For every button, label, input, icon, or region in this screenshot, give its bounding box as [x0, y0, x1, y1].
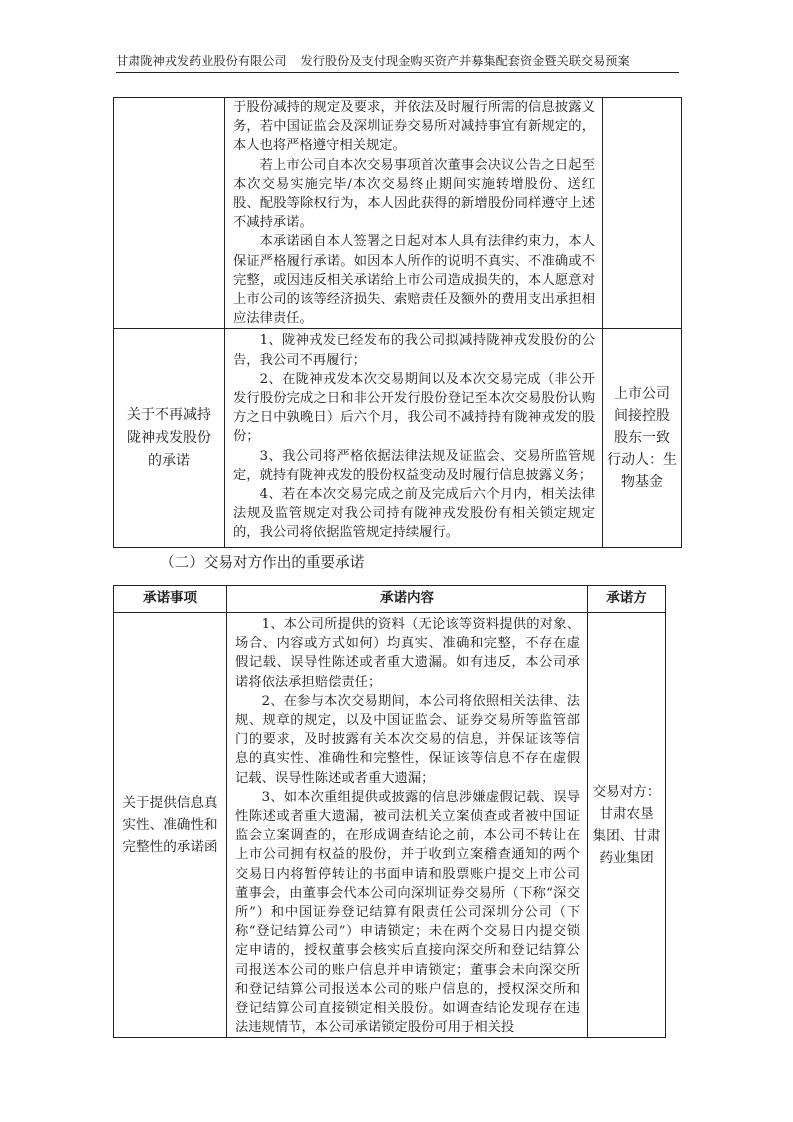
commitment-party-cell: 交易对方： 甘肃农垦 集团、甘肃 药业集团	[588, 613, 666, 1038]
commitment-party-line: 甘肃农垦	[592, 803, 661, 825]
commitment-party-line: 间接控股	[607, 405, 677, 427]
commitment-party-line: 药业集团	[592, 847, 661, 869]
running-header: 甘肃陇神戎发药业股份有限公司发行股份及支付现金购买资产并募集配套资金暨关联交易预…	[116, 52, 679, 73]
commitment-item-line: 完整性的承诺函	[116, 836, 224, 858]
header-document-title: 发行股份及支付现金购买资产并募集配套资金暨关联交易预案	[301, 54, 630, 68]
commitment-item-line: 关于不再减持	[120, 404, 218, 427]
commitment-item-cell	[114, 98, 225, 329]
counterparty-commitments-table: 承诺事项 承诺内容 承诺方 关于提供信息真 实性、准确性和 完整性的承诺函 1、…	[113, 585, 666, 1038]
commitment-paragraph: 2、在陇神戎发本次交易期间以及本次交易完成（非公开发行股份完成之日和非公开发行股…	[233, 370, 595, 447]
commitment-party-line: 股东一致	[607, 427, 677, 449]
commitment-paragraph: 2、在参与本次交易期间，本公司将依照相关法律、法规、规章的规定，以及中国证监会、…	[235, 692, 580, 788]
commitment-paragraph: 本承诺函自本人签署之日起对本人具有法律约束力，本人保证严格履行承诺。如因本人所作…	[233, 232, 595, 328]
commitment-party-line: 物基金	[607, 471, 677, 493]
table-row: 于股份减持的规定及要求，并依法及时履行所需的信息披露义务，若中国证监会及深圳证券…	[114, 98, 682, 329]
commitment-paragraph: 1、本公司所提供的资料（无论该等资料提供的对象、场合、内容或方式如何）均真实、准…	[235, 615, 580, 692]
column-header-party: 承诺方	[588, 586, 666, 613]
commitment-content-cell: 1、本公司所提供的资料（无论该等资料提供的对象、场合、内容或方式如何）均真实、准…	[227, 613, 588, 1038]
header-company: 甘肃陇神戎发药业股份有限公司	[116, 54, 287, 68]
commitment-paragraph: 若上市公司自本次交易事项首次董事会决议公告之日起至本次交易实施完毕/本次交易终止…	[233, 156, 595, 233]
commitment-paragraph: 于股份减持的规定及要求，并依法及时履行所需的信息披露义务，若中国证监会及深圳证券…	[233, 98, 595, 156]
commitment-paragraph: 3、如本次重组提供或披露的信息涉嫌虚假记载、误导性陈述或者重大遗漏，被司法机关立…	[235, 788, 580, 1038]
table-row: 关于不再减持 陇神戎发股份 的承诺 1、陇神戎发已经发布的我公司拟减持陇神戎发股…	[114, 329, 682, 548]
commitment-item-line: 陇神戎发股份	[120, 427, 218, 450]
commitment-content-cell: 于股份减持的规定及要求，并依法及时履行所需的信息披露义务，若中国证监会及深圳证券…	[225, 98, 603, 329]
commitment-party-line: 行动人：生	[607, 449, 677, 471]
column-header-item: 承诺事项	[114, 586, 227, 613]
commitment-party-line: 集团、甘肃	[592, 825, 661, 847]
commitment-party-line: 上市公司	[607, 383, 677, 405]
commitments-table-continued: 于股份减持的规定及要求，并依法及时履行所需的信息披露义务，若中国证监会及深圳证券…	[113, 97, 682, 548]
commitment-content-cell: 1、陇神戎发已经发布的我公司拟减持陇神戎发股份的公告，我公司不再履行； 2、在陇…	[225, 329, 603, 548]
commitment-item-cell: 关于不再减持 陇神戎发股份 的承诺	[114, 329, 225, 548]
commitment-party-cell: 上市公司 间接控股 股东一致 行动人：生 物基金	[603, 329, 682, 548]
commitment-paragraph: 4、若在本次交易完成之前及完成后六个月内，相关法律法规及监管规定对我公司持有陇神…	[233, 485, 595, 543]
table-row: 关于提供信息真 实性、准确性和 完整性的承诺函 1、本公司所提供的资料（无论该等…	[114, 613, 666, 1038]
commitment-item-line: 的承诺	[120, 450, 218, 473]
section-title: （二）交易对方作出的重要承诺	[160, 551, 364, 572]
commitment-paragraph: 1、陇神戎发已经发布的我公司拟减持陇神戎发股份的公告，我公司不再履行；	[233, 331, 595, 369]
commitment-party-line: 交易对方：	[592, 781, 661, 803]
commitment-paragraph: 3、我公司将严格依据法律法规及证监会、交易所监管规定，就持有陇神戎发的股份权益变…	[233, 447, 595, 485]
table-header-row: 承诺事项 承诺内容 承诺方	[114, 586, 666, 613]
commitment-item-cell: 关于提供信息真 实性、准确性和 完整性的承诺函	[114, 613, 227, 1038]
commitment-item-line: 关于提供信息真	[116, 792, 224, 814]
column-header-content: 承诺内容	[227, 586, 588, 613]
commitment-item-line: 实性、准确性和	[116, 814, 224, 836]
commitment-party-cell	[603, 98, 682, 329]
